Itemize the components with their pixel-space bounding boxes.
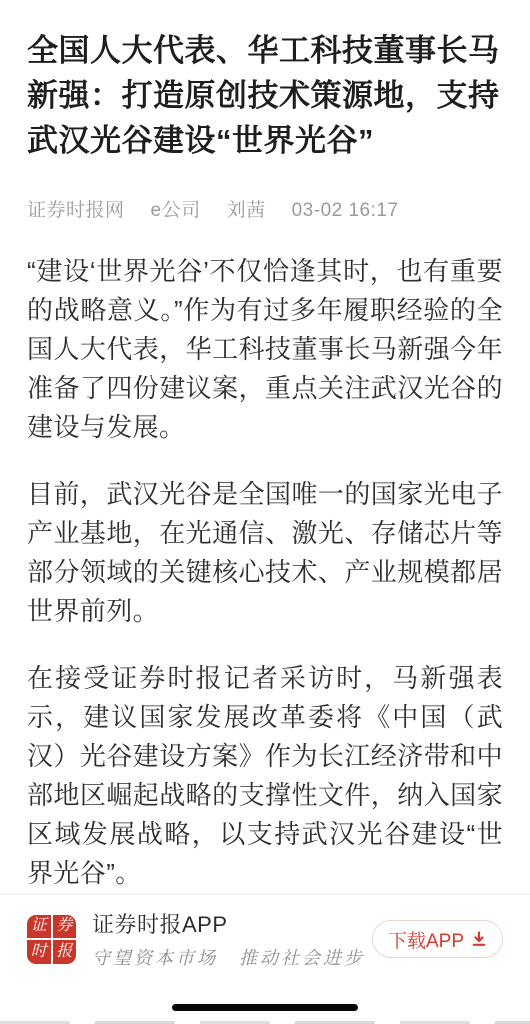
article-paragraph: 在接受证券时报记者采访时，马新强表示，建议国家发展改革委将《中国（武汉）光谷建设… [27,659,503,893]
article-paragraph: 目前，武汉光谷是全国唯一的国家光电子产业基地，在光通信、激光、存储芯片等部分领域… [27,475,503,631]
securities-times-logo-icon: 证 券 时 报 [27,915,76,964]
logo-char: 报 [53,940,77,964]
app-name: 证券时报APP [92,908,372,939]
article-body: 全国人大代表、华工科技董事长马新强：打造原创技术策源地，支持武汉光谷建设“世界光… [0,0,530,893]
article-title: 全国人大代表、华工科技董事长马新强：打造原创技术策源地，支持武汉光谷建设“世界光… [27,28,503,163]
app-info: 证券时报APP 守望资本市场 推动社会进步 [92,908,372,970]
download-app-button[interactable]: 下载APP [372,920,503,958]
meta-datetime: 03-02 16:17 [292,200,399,222]
article-paragraph: “建设‘世界光谷’不仅恰逢其时，也有重要的战略意义。”作为有过多年履职经验的全国… [27,252,503,447]
download-app-label: 下载APP [388,926,464,953]
download-icon [471,931,487,947]
meta-source[interactable]: 证券时报网 [27,195,125,222]
logo-char: 券 [53,915,77,939]
meta-author: 刘茜 [227,195,266,222]
article-meta: 证券时报网 e公司 刘茜 03-02 16:17 [27,195,503,222]
logo-char: 证 [27,915,51,939]
meta-channel[interactable]: e公司 [151,195,201,222]
home-indicator[interactable] [172,1004,358,1011]
app-slogan: 守望资本市场 推动社会进步 [92,944,372,970]
logo-char: 时 [27,940,51,964]
app-download-banner: 证 券 时 报 证券时报APP 守望资本市场 推动社会进步 下载APP [0,894,530,970]
article-page: 全国人大代表、华工科技董事长马新强：打造原创技术策源地，支持武汉光谷建设“世界光… [0,0,530,1024]
